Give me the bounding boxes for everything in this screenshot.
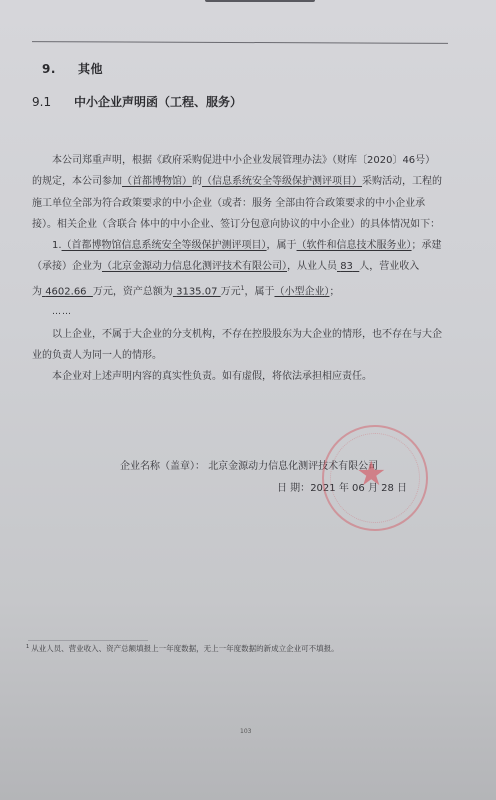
item-index: 1. [52, 240, 62, 251]
enterprise-item-1: 1.（首都博物馆信息系统安全等级保护测评项目），属于（软件和信息技术服务业）；承… [32, 235, 442, 302]
item-employees: 83 [337, 261, 359, 272]
declaration-paragraph-1: 本公司郑重声明，根据《政府采购促进中小企业发展管理办法》（财库〔2020〕46号… [32, 150, 442, 235]
revenue-value: 4602.66 [45, 286, 86, 297]
purchaser-name: （首都博物馆） [122, 176, 192, 187]
item-industry: （软件和信息技术服务业） [297, 240, 412, 251]
footnote-mark: 1 [26, 644, 29, 650]
item-company: （北京金源动力信息化测评技术有限公司） [102, 261, 287, 272]
text: ，属于 [267, 240, 297, 251]
text: 万元，资产总额为 [93, 286, 173, 297]
text: ，属于 [244, 286, 274, 297]
declaration-paragraph-3: 本企业对上述声明内容的真实性负责。如有虚假，将依法承担相应责任。 [32, 366, 442, 387]
footnote: 1从业人员、营业收入、资产总额填报上一年度数据，无上一年度数据的新成立企业可不填… [26, 643, 339, 654]
section-number: 9. [42, 62, 78, 76]
item-revenue: 4602.66 [42, 286, 93, 297]
date-label: 日 期： [277, 483, 310, 494]
subsection-heading: 9.1中小企业声明函（工程、服务） [32, 93, 242, 110]
text: ； [329, 286, 339, 297]
subsection-title: 中小企业声明函（工程、服务） [74, 95, 242, 109]
ellipsis: …… [32, 302, 442, 323]
footnote-rule [28, 640, 148, 641]
text: 的 [192, 176, 202, 187]
item-project-name: （首都博物馆信息系统安全等级保护测评项目） [62, 240, 267, 251]
text: 万元 [221, 286, 241, 297]
star-icon: ★ [356, 457, 386, 491]
binding-shadow [205, 0, 315, 2]
item-assets: 3135.07 [173, 286, 221, 297]
subsection-number: 9.1 [32, 95, 74, 109]
signature-label: 企业名称（盖章）： [120, 461, 205, 472]
text: 人， [359, 261, 379, 272]
project-name: （信息系统安全等级保护测评项目） [202, 176, 362, 187]
section-title: 其他 [78, 62, 103, 76]
page-number: 103 [240, 728, 251, 735]
text: ，从业人员 [287, 261, 337, 272]
declaration-paragraph-2: 以上企业，不属于大企业的分支机构，不存在控股股东为大企业的情形，也不存在与大企业… [32, 324, 442, 367]
item-scale: （小型企业） [274, 286, 329, 297]
declaration-body: 本公司郑重声明，根据《政府采购促进中小企业发展管理办法》（财库〔2020〕46号… [32, 150, 442, 388]
assets-value: 3135.07 [176, 286, 217, 297]
employees-value: 83 [340, 261, 353, 272]
section-heading: 9.其他 [42, 60, 103, 77]
footnote-text: 从业人员、营业收入、资产总额填报上一年度数据，无上一年度数据的新成立企业可不填报… [31, 644, 339, 653]
header-rule [32, 41, 448, 44]
company-seal: ★ [322, 425, 428, 531]
